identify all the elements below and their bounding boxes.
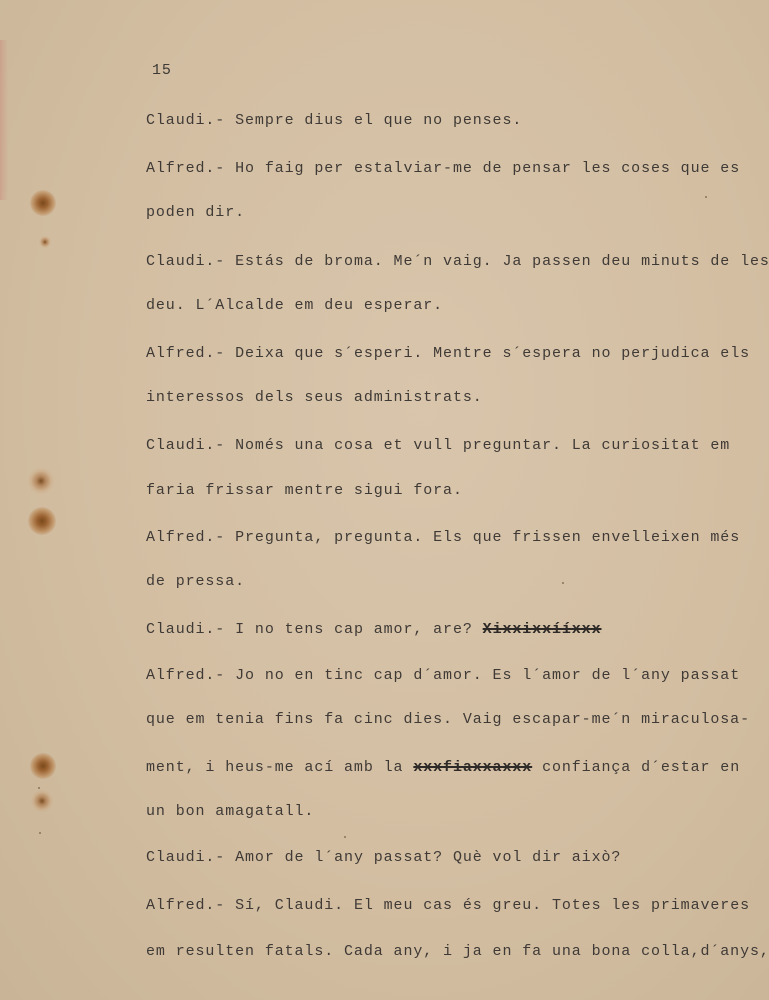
page-number: 15 [152, 62, 172, 79]
dialogue-line: Claudi.- Amor de l´any passat? Què vol d… [146, 849, 621, 866]
dialogue-line: em resulten fatals. Cada any, i ja en fa… [146, 943, 769, 960]
line-text: deu. L´Alcalde em deu esperar. [146, 297, 443, 314]
line-text: Amor de l´any passat? Què vol dir això? [225, 849, 621, 866]
speaker-label: Alfred.- [146, 160, 225, 177]
line-text: Sempre dius el que no penses. [225, 112, 522, 129]
speaker-label: Claudi.- [146, 112, 225, 129]
speaker-label: Alfred.- [146, 897, 225, 914]
dialogue-line: interessos dels seus administrats. [146, 389, 483, 406]
paper-speck [344, 836, 346, 838]
speaker-label: Alfred.- [146, 345, 225, 362]
line-text: un bon amagatall. [146, 803, 314, 820]
dialogue-line: de pressa. [146, 573, 245, 590]
line-text: que em tenia fins fa cinc dies. Vaig esc… [146, 711, 750, 728]
dialogue-line: Alfred.- Deixa que s´esperi. Mentre s´es… [146, 345, 750, 362]
line-text: Ho faig per estalviar-me de pensar les c… [225, 160, 740, 177]
struck-out-text: Xixxixxííxxx [483, 621, 602, 638]
line-text: Deixa que s´esperi. Mentre s´espera no p… [225, 345, 750, 362]
dialogue-line: deu. L´Alcalde em deu esperar. [146, 297, 443, 314]
dialogue-line: Alfred.- Pregunta, pregunta. Els que fri… [146, 529, 740, 546]
speaker-label: Claudi.- [146, 437, 225, 454]
speaker-label: Claudi.- [146, 253, 225, 270]
line-text: em resulten fatals. Cada any, i ja en fa… [146, 943, 769, 960]
line-text: I no tens cap amor, are? [225, 621, 482, 638]
struck-out-text: xxxfiaxxaxxx [413, 759, 532, 776]
line-text: poden dir. [146, 204, 245, 221]
speaker-label: Claudi.- [146, 849, 225, 866]
rust-stain [30, 753, 56, 779]
paper-speck [705, 196, 707, 198]
dialogue-line: Claudi.- Només una cosa et vull pregunta… [146, 437, 730, 454]
dialogue-line: Claudi.- I no tens cap amor, are? Xixxix… [146, 621, 602, 638]
paper-speck [38, 787, 40, 789]
line-text: Sí, Claudi. El meu cas és greu. Totes le… [225, 897, 750, 914]
paper-speck [562, 582, 564, 584]
dialogue-line: ment, i heus-me ací amb la xxxfiaxxaxxx … [146, 759, 740, 776]
dialogue-line: Alfred.- Sí, Claudi. El meu cas és greu.… [146, 897, 750, 914]
dialogue-line: Alfred.- Jo no en tinc cap d´amor. Es l´… [146, 667, 740, 684]
dialogue-line: un bon amagatall. [146, 803, 314, 820]
line-text: confiança d´estar en [532, 759, 740, 776]
line-text: ment, i heus-me ací amb la [146, 759, 413, 776]
dialogue-line: que em tenia fins fa cinc dies. Vaig esc… [146, 711, 750, 728]
speaker-label: Claudi.- [146, 621, 225, 638]
line-text: Estás de broma. Me´n vaig. Ja passen deu… [225, 253, 769, 270]
dialogue-line: Claudi.- Sempre dius el que no penses. [146, 112, 522, 129]
rust-stain [28, 507, 56, 535]
typescript-page: 15 Claudi.- Sempre dius el que no penses… [0, 0, 769, 1000]
line-text: de pressa. [146, 573, 245, 590]
rust-stain [31, 790, 53, 812]
dialogue-line: poden dir. [146, 204, 245, 221]
rust-stain [39, 236, 51, 248]
line-text: Pregunta, pregunta. Els que frissen enve… [225, 529, 740, 546]
typed-text: 15 Claudi.- Sempre dius el que no penses… [0, 0, 40, 391]
rust-stain [28, 468, 54, 494]
speaker-label: Alfred.- [146, 667, 225, 684]
dialogue-line: Alfred.- Ho faig per estalviar-me de pen… [146, 160, 740, 177]
speaker-label: Alfred.- [146, 529, 225, 546]
line-text: Només una cosa et vull preguntar. La cur… [225, 437, 730, 454]
line-text: interessos dels seus administrats. [146, 389, 483, 406]
dialogue-line: faria frissar mentre sigui fora. [146, 482, 463, 499]
dialogue-line: Claudi.- Estás de broma. Me´n vaig. Ja p… [146, 253, 769, 270]
paper-speck [39, 832, 41, 834]
line-text: faria frissar mentre sigui fora. [146, 482, 463, 499]
line-text: Jo no en tinc cap d´amor. Es l´amor de l… [225, 667, 740, 684]
